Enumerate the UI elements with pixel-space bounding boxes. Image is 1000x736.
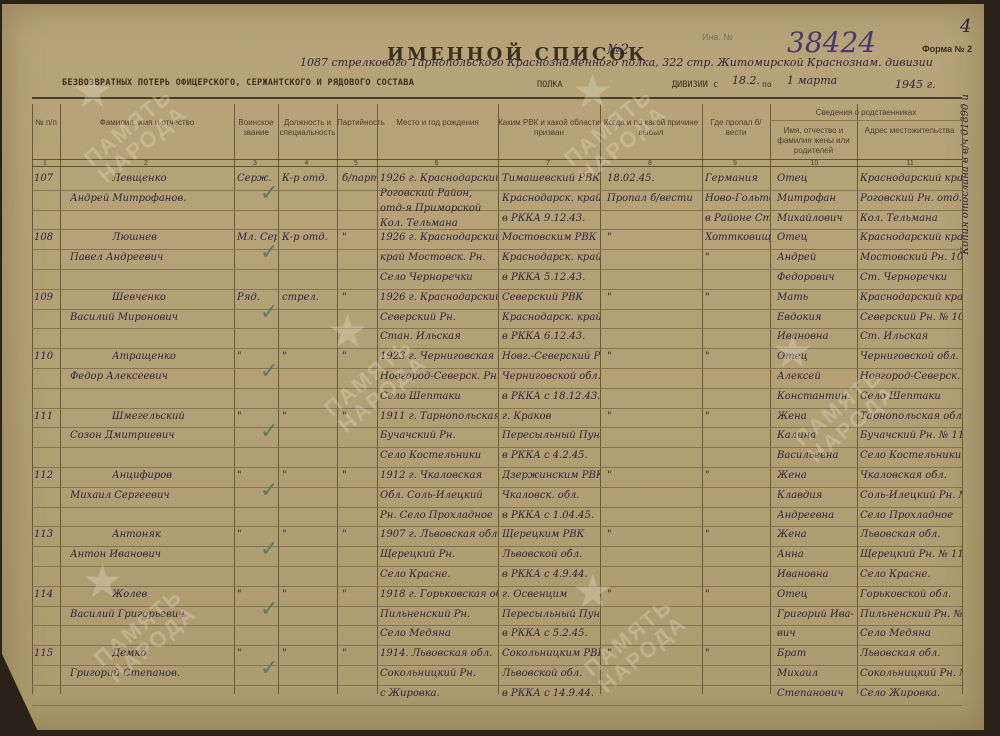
row-rule — [32, 309, 962, 310]
birthplace-line: 1912 г. Чкаловская — [380, 470, 498, 481]
loss-place-line: " — [705, 470, 770, 481]
birthplace-line: 1914. Львовская обл. — [380, 648, 498, 659]
draft-office-line: в РККА с 5.2.45. — [502, 628, 600, 639]
column-number: 8 — [648, 160, 652, 167]
party: " — [342, 470, 377, 481]
surname: Анцифиров — [112, 470, 232, 481]
relative-line: Отец — [777, 173, 857, 184]
draft-office-line: в РККА 6.12.43. — [502, 331, 600, 342]
birthplace-line: 1907 г. Львовская обл. — [380, 529, 498, 540]
check-mark-icon: ✓ — [260, 656, 278, 681]
draft-office-line: в РККА с 14.9.44. — [502, 688, 600, 699]
column-rule — [962, 104, 963, 694]
draft-office-line: Черниговской обл. — [502, 371, 600, 382]
row-rule — [32, 348, 962, 349]
surname: Шмегельский — [112, 411, 232, 422]
row-rule — [32, 705, 962, 706]
relative-line: Брат — [777, 648, 857, 659]
address-line: Бучачский Рн. № 111 — [860, 430, 962, 441]
address-line: Львовская обл. — [860, 648, 962, 659]
check-mark-icon: ✓ — [260, 181, 278, 206]
loss-place-line: " — [705, 292, 770, 303]
loss-date-line: 18.02.45. — [607, 173, 699, 184]
party: " — [342, 529, 377, 540]
relative-line: Клавдия — [777, 490, 857, 501]
row-rule — [32, 546, 962, 547]
column-header: № п/п — [32, 118, 60, 128]
address-line: Северский Рн. № 109 — [860, 312, 962, 323]
loss-place-line: " — [705, 411, 770, 422]
row-rule — [32, 526, 962, 527]
column-number: 10 — [811, 160, 819, 167]
birthplace-line: Обл. Соль-Илецкий — [380, 490, 498, 501]
birthplace-line: 1926 г. Краснодарский — [380, 292, 498, 303]
birthplace-line: Щерецкий Рн. — [380, 549, 498, 560]
draft-office-line: Пересыльный Пункт — [502, 430, 600, 441]
given-name: Павел Андреевич — [70, 252, 230, 263]
row-rule — [32, 665, 962, 666]
row-rule — [32, 229, 962, 230]
loss-date-line: " — [607, 292, 699, 303]
row-number: 107 — [34, 173, 60, 184]
group-rule — [770, 120, 962, 121]
address-line: Краснодарский край 5.03.45 — [860, 173, 962, 184]
check-mark-icon: ✓ — [260, 537, 278, 562]
header-rule — [32, 166, 962, 167]
row-number: 111 — [34, 411, 60, 422]
address-line: Село Жировка. — [860, 688, 962, 699]
period-to-label: по — [762, 80, 772, 89]
check-mark-icon: ✓ — [260, 597, 278, 622]
given-name: Михаил Сергеевич — [70, 490, 230, 501]
row-number: 113 — [34, 529, 60, 540]
loss-place-line: Германия — [705, 173, 770, 184]
birthplace-line: 1926 г. Краснодарский край — [380, 173, 498, 184]
draft-office-line: Львовской обл. — [502, 549, 600, 560]
address-line: Роговский Рн. отд. 0.107 — [860, 193, 962, 204]
watermark-star-icon: ★ — [572, 64, 613, 118]
row-rule — [32, 269, 962, 270]
given-name: Созон Дмитриевич — [70, 430, 230, 441]
loss-date-line: " — [607, 351, 699, 362]
draft-office-line: в РККА 5.12.43. — [502, 272, 600, 283]
relative-line: Отец — [777, 589, 857, 600]
birthplace-line: Село Красне. — [380, 569, 498, 580]
draft-office-line: в РККА с 4.2.45. — [502, 450, 600, 461]
address-line: Село Красне. — [860, 569, 962, 580]
check-mark-icon: ✓ — [260, 240, 278, 265]
birthplace-line: Село Черноречки — [380, 272, 498, 283]
address-line: Кол. Тельмана — [860, 213, 962, 224]
address-line: Село Медяна — [860, 628, 962, 639]
relative-line: Анна — [777, 549, 857, 560]
relative-line: Михаил — [777, 668, 857, 679]
column-header: Воинское звание — [234, 118, 278, 138]
loss-date-line: " — [607, 589, 699, 600]
regiment-label: ПОЛКА — [537, 80, 563, 90]
surname: Антоняк — [112, 529, 232, 540]
loss-place-line: " — [705, 351, 770, 362]
relative-line: вич — [777, 628, 857, 639]
draft-office-line: в РККА с 18.12.43. — [502, 391, 600, 402]
birthplace-line: Сокольницкий Рн. — [380, 668, 498, 679]
row-number: 110 — [34, 351, 60, 362]
party: " — [342, 292, 377, 303]
address-line: Чкаловская обл. — [860, 470, 962, 481]
relative-line: Федорович — [777, 272, 857, 283]
row-number: 112 — [34, 470, 60, 481]
column-header: Место и год рождения — [377, 118, 498, 128]
relative-line: Степанович — [777, 688, 857, 699]
relative-line: Евдокия — [777, 312, 857, 323]
check-mark-icon: ✓ — [260, 359, 278, 384]
address-line: Львовская обл. — [860, 529, 962, 540]
position: стрел. — [282, 292, 337, 303]
loss-date-line: " — [607, 411, 699, 422]
address-line: Краснодарский край — [860, 292, 962, 303]
birthplace-line: Северский Рн. — [380, 312, 498, 323]
loss-place-line: " — [705, 252, 770, 263]
row-number: 108 — [34, 232, 60, 243]
birthplace-line: с Жировка. — [380, 688, 498, 699]
party: " — [342, 648, 377, 659]
row-rule — [32, 507, 962, 508]
row-rule — [32, 467, 962, 468]
party: " — [342, 232, 377, 243]
surname: Атращенко — [112, 351, 232, 362]
loss-date-line: Пропал б/вести — [607, 193, 699, 204]
loss-date-line: " — [607, 232, 699, 243]
row-rule — [32, 645, 962, 646]
relative-line: Михайлович — [777, 213, 857, 224]
archive-number: 38424 — [787, 26, 876, 59]
address-line: Сокольницкий Рн. № 115 — [860, 668, 962, 679]
scan-edge — [2, 654, 42, 736]
address-line: Ст. Черноречки — [860, 272, 962, 283]
period-to: 1 марта — [787, 74, 837, 87]
row-rule — [32, 368, 962, 369]
relative-line: Григорий Ива- — [777, 609, 857, 620]
relative-line: Мать — [777, 292, 857, 303]
row-rule — [32, 685, 962, 686]
row-rule — [32, 328, 962, 329]
draft-office-line: Дзержинским РВК — [502, 470, 600, 481]
draft-office-line: Мостовским РВК — [502, 232, 600, 243]
address-line: Щерецкий Рн. № 113 — [860, 549, 962, 560]
surname: Люшнев — [112, 232, 232, 243]
draft-office-line: Северский РВК — [502, 292, 600, 303]
check-mark-icon: ✓ — [260, 478, 278, 503]
relative-line: Отец — [777, 232, 857, 243]
address-line: Горьковской обл. — [860, 589, 962, 600]
draft-office-line: Щерецким РВК — [502, 529, 600, 540]
column-number: 3 — [253, 160, 257, 167]
column-number: 4 — [305, 160, 309, 167]
draft-office-line: Новг.-Северский РВК — [502, 351, 600, 362]
birthplace-line: Село Медяна — [380, 628, 498, 639]
given-name: Андрей Митрофанов. — [70, 193, 230, 204]
party: " — [342, 589, 377, 600]
draft-office-line: Краснодарск. край — [502, 252, 600, 263]
surname: Левщенко — [112, 173, 232, 184]
header-rule — [32, 159, 962, 160]
row-rule — [32, 487, 962, 488]
address-line: Соль-Илецкий Рн. № 112 — [860, 490, 962, 501]
check-mark-icon: ✓ — [260, 300, 278, 325]
birthplace-line: край Мостовск. Рн. — [380, 252, 498, 263]
column-number: 9 — [733, 160, 737, 167]
address-line: Село Костельники — [860, 450, 962, 461]
watermark-star-icon: ★ — [572, 564, 613, 618]
address-line: Пильненский Рн. № 114. — [860, 609, 962, 620]
year: 1945 г. — [895, 78, 936, 91]
relatives-group-header: Сведения о родственниках — [770, 108, 962, 118]
draft-office-line: в РККА с 1.04.45. — [502, 510, 600, 521]
row-rule — [32, 289, 962, 290]
address-line: Село Прохладное — [860, 510, 962, 521]
loss-place-line: " — [705, 648, 770, 659]
column-number: 6 — [435, 160, 439, 167]
watermark-star-icon: ★ — [82, 554, 123, 608]
birthplace-line: Кол. Тельмана — [380, 218, 498, 229]
check-mark-icon: ✓ — [260, 419, 278, 444]
draft-office-line: Чкаловск. обл. — [502, 490, 600, 501]
loss-place-line: в Районе Стены — [705, 213, 770, 224]
birthplace-line: Бучачский Рн. — [380, 430, 498, 441]
position: К-р отд. — [282, 232, 337, 243]
row-number: 114 — [34, 589, 60, 600]
position: " — [282, 648, 337, 659]
draft-office-line: Краснодарск. край — [502, 312, 600, 323]
given-name: Василий Миронович — [70, 312, 230, 323]
column-number: 2 — [144, 160, 148, 167]
column-number: 1 — [43, 160, 47, 167]
position: " — [282, 589, 337, 600]
position: " — [282, 470, 337, 481]
unit-name: 1087 стрелкового Тарнопольского Краснозн… — [300, 56, 933, 69]
loss-place-line: Ново-Гольтен — [705, 193, 770, 204]
position: К-р отд. — [282, 173, 337, 184]
watermark-star-icon: ★ — [772, 324, 813, 378]
address-line: Ст. Ильская — [860, 331, 962, 342]
column-header: Имя, отчество и фамилия жены или родител… — [770, 126, 857, 156]
column-number: 5 — [354, 160, 358, 167]
address-line: Мостовский Рн. 108 — [860, 252, 962, 263]
column-header: Должность и специальность — [278, 118, 337, 138]
column-header: Партийность — [337, 118, 377, 128]
row-number: 109 — [34, 292, 60, 303]
relative-line: Андреевна — [777, 510, 857, 521]
birthplace-line: 1918 г. Горьковская обл. — [380, 589, 498, 600]
division-label: ДИВИЗИИ с — [672, 80, 718, 90]
relative-line: Митрофан — [777, 193, 857, 204]
loss-date-line: " — [607, 470, 699, 481]
loss-place-line: " — [705, 529, 770, 540]
row-rule — [32, 566, 962, 567]
row-rule — [32, 388, 962, 389]
column-header: Адрес местожительства — [857, 126, 962, 136]
birthplace-line: 1926 г. Краснодарский — [380, 232, 498, 243]
column-number: 7 — [546, 160, 550, 167]
birthplace-line: Село Костельники — [380, 450, 498, 461]
birthplace-line: отд-я Приморской — [380, 203, 498, 214]
given-name: Григорий Степанов. — [70, 668, 230, 679]
relative-line: Жена — [777, 529, 857, 540]
relative-line: Андрей — [777, 252, 857, 263]
draft-office-line: в РККА 9.12.43. — [502, 213, 600, 224]
period-from: 18.2. — [732, 74, 760, 87]
given-name: Федор Алексеевич — [70, 371, 230, 382]
loss-date-line: " — [607, 529, 699, 540]
relative-line: Жена — [777, 470, 857, 481]
loss-place-line: " — [705, 589, 770, 600]
party: б/парт. — [342, 173, 377, 184]
position: " — [282, 529, 337, 540]
draft-office-line: г. Краков — [502, 411, 600, 422]
birthplace-line: Роговский Район, — [380, 188, 498, 199]
column-header: Где пропал б/вести — [702, 118, 770, 138]
document-page: 4 Инв. № 38424 Форма № 2 ИМЕННОЙ СПИСОК … — [2, 4, 984, 730]
surname: Шевченко — [112, 292, 232, 303]
row-rule — [32, 249, 962, 250]
loss-place-line: Хоттковище — [705, 232, 770, 243]
draft-office-line: Краснодарск. край — [502, 193, 600, 204]
watermark-star-icon: ★ — [72, 64, 113, 118]
birthplace-line: 1911 г. Тарнопольская обл. — [380, 411, 498, 422]
page-number: 4 — [960, 16, 971, 37]
relative-line: Ивановна — [777, 569, 857, 580]
watermark-star-icon: ★ — [327, 304, 368, 358]
column-number: 11 — [907, 160, 914, 167]
document-subtitle: БЕЗВОЗВРАТНЫХ ПОТЕРЬ ОФИЦЕРСКОГО, СЕРЖАН… — [62, 78, 414, 88]
form-label: Форма № 2 — [922, 44, 972, 54]
birthplace-line: Пильненский Рн. — [380, 609, 498, 620]
birthplace-line: Рн. Село Прохладное — [380, 510, 498, 521]
address-line: Краснодарский край — [860, 232, 962, 243]
archive-label: Инв. № — [702, 32, 733, 42]
address-line: Черниговской обл. — [860, 351, 962, 362]
